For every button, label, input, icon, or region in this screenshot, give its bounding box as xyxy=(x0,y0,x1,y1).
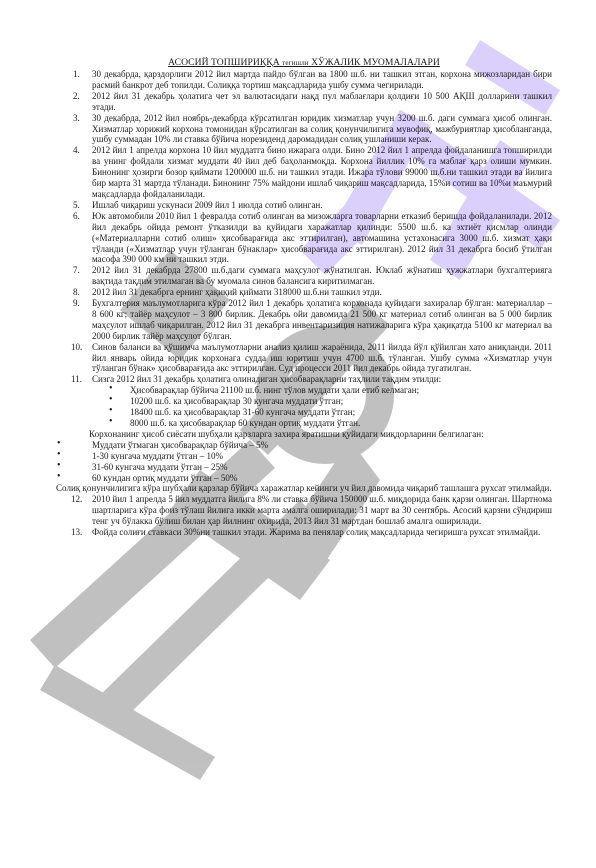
item-text: Синов баланси ва қўшимча маълумотларни а… xyxy=(92,342,552,374)
title-part-3: ХЎЖАЛИК МУОМАЛАЛАРИ xyxy=(309,57,440,68)
receivable-item: •8000 ш.б. ка ҳисобварақлар 60 кундан ор… xyxy=(56,418,552,429)
item-text: 2012 йил 31 декабрь ҳолатига чет эл валю… xyxy=(92,91,552,112)
item-text: Фойда солиғи ставкаси 30%ни ташкил этади… xyxy=(92,527,540,537)
bullet-text: 8000 ш.б. ка ҳисобварақлар 60 кундан орт… xyxy=(130,418,360,428)
list-item: 4.2012 йил 1 апрелда корхона 10 йил мудд… xyxy=(56,145,552,200)
item-number: 2. xyxy=(73,91,80,102)
bullet-text: 31-60 кунгача муддати ўтган – 25% xyxy=(92,462,228,472)
bullet-text: 10200 ш.б. ка ҳисобварақлар 30 кунгача м… xyxy=(130,396,343,406)
list-item: 6.Юк автомобили 2010 йил 1 февралда соти… xyxy=(56,211,552,266)
list-item: 3.30 декабрда, 2012 йил ноябрь-декабрда … xyxy=(56,113,552,146)
numbered-list-a: 1.30 декабрда, қарздорлиги 2012 йил март… xyxy=(56,69,552,385)
receivable-item: •Ҳисобварақлар бўйича 21100 ш.б. нинг тў… xyxy=(56,385,552,396)
item-text: 2012 йил 1 апрелда корхона 10 йил муддат… xyxy=(92,145,552,199)
item-number: 5. xyxy=(73,200,80,211)
bullet-text: 1-30 кунгача муддати ўтган – 10% xyxy=(92,451,223,461)
tax-note: Солиқ қонунчилигига кўра шубҳали қарзлар… xyxy=(56,483,552,494)
bullet-text: Ҳисобварақлар бўйича 21100 ш.б. нинг тўл… xyxy=(130,385,419,395)
numbered-list-b: 12.2010 йил 1 апрелда 5 йил муддатга йил… xyxy=(56,494,552,538)
item-text: Сизга 2012 йил 31 декабрь ҳолатига олина… xyxy=(92,374,441,384)
list-item: 9.Бухгалтерия маълумотларига кўра 2012 й… xyxy=(56,298,552,342)
list-item: 13.Фойда солиғи ставкаси 30%ни ташкил эт… xyxy=(56,527,552,538)
bullet-text: Муддати ўтмаган ҳисобварақлар бўйича – 5… xyxy=(92,440,268,450)
title-part-1: АСОСИЙ ТОПШИРИҚҚА xyxy=(168,57,282,68)
list-item: 1.30 декабрда, қарздорлиги 2012 йил март… xyxy=(56,69,552,91)
list-item: 2.2012 йил 31 декабрь ҳолатига чет эл ва… xyxy=(56,91,552,113)
item-number: 1. xyxy=(73,69,80,80)
item-number: 12. xyxy=(71,494,82,505)
item-text: Ишлаб чиқариш ускунаси 2009 йил 1 июлда … xyxy=(92,200,322,210)
list-item: 7.2012 йил 31 декабрда 27800 ш.б.даги су… xyxy=(56,265,552,287)
item-number: 11. xyxy=(71,374,82,385)
title-part-2: тегишли xyxy=(282,59,308,67)
policy-rate-item: •Муддати ўтмаган ҳисобварақлар бўйича – … xyxy=(56,440,552,451)
list-item: 8.2012 йил 31 декабрга ернинг ҳақиқий қи… xyxy=(56,287,552,298)
receivable-item: •18400 ш.б. ка ҳисобварақлар 31-60 кунга… xyxy=(56,407,552,418)
policy-rates-list: •Муддати ўтмаган ҳисобварақлар бўйича – … xyxy=(56,440,552,484)
item-text: 2010 йил 1 апрелда 5 йил муддатга йилига… xyxy=(92,494,552,526)
document-page: АСОСИЙ ТОПШИРИҚҚА тегишли ХЎЖАЛИК МУОМАЛ… xyxy=(56,57,552,538)
item-number: 13. xyxy=(71,527,82,538)
bullet-icon: • xyxy=(57,461,61,472)
bullet-icon: • xyxy=(57,472,61,483)
item-text: Бухгалтерия маълумотларига кўра 2012 йил… xyxy=(92,298,552,341)
item-number: 7. xyxy=(73,265,80,276)
receivables-list: •Ҳисобварақлар бўйича 21100 ш.б. нинг тў… xyxy=(56,385,552,429)
receivable-item: •10200 ш.б. ка ҳисобварақлар 30 кунгача … xyxy=(56,396,552,407)
item-text: 30 декабрда, 2012 йил ноябрь-декабрда кў… xyxy=(92,113,552,145)
policy-rate-item: •60 кундан ортиқ муддати ўтган – 50% xyxy=(56,473,552,484)
policy-intro: Корхонанинг ҳисоб сиёсати шубҳали қарзла… xyxy=(56,429,552,440)
item-number: 4. xyxy=(73,145,80,156)
policy-rate-item: •31-60 кунгача муддати ўтган – 25% xyxy=(56,462,552,473)
item-number: 6. xyxy=(73,211,80,222)
item-text: 2012 йил 31 декабрга ернинг ҳақиқий қийм… xyxy=(92,287,382,297)
item-number: 9. xyxy=(73,298,80,309)
page-title: АСОСИЙ ТОПШИРИҚҚА тегишли ХЎЖАЛИК МУОМАЛ… xyxy=(56,57,552,69)
list-item: 11.Сизга 2012 йил 31 декабрь ҳолатига ол… xyxy=(56,374,552,385)
item-text: 30 декабрда, қарздорлиги 2012 йил мартда… xyxy=(92,69,552,90)
list-item: 5.Ишлаб чиқариш ускунаси 2009 йил 1 июлд… xyxy=(56,200,552,211)
item-number: 3. xyxy=(73,113,80,124)
list-item: 12.2010 йил 1 апрелда 5 йил муддатга йил… xyxy=(56,494,552,527)
bullet-icon: • xyxy=(109,417,113,428)
policy-rate-item: •1-30 кунгача муддати ўтган – 10% xyxy=(56,451,552,462)
item-text: 2012 йил 31 декабрда 27800 ш.б.даги сумм… xyxy=(92,265,552,286)
list-item: 10.Синов баланси ва қўшимча маълумотларн… xyxy=(56,342,552,375)
item-text: Юк автомобили 2010 йил 1 февралда сотиб … xyxy=(92,211,552,265)
item-number: 8. xyxy=(73,287,80,298)
bullet-text: 60 кундан ортиқ муддати ўтган – 50% xyxy=(92,473,237,483)
bullet-text: 18400 ш.б. ка ҳисобварақлар 31-60 кунгач… xyxy=(130,407,355,417)
bullet-icon: • xyxy=(57,450,61,461)
item-number: 10. xyxy=(71,342,82,353)
